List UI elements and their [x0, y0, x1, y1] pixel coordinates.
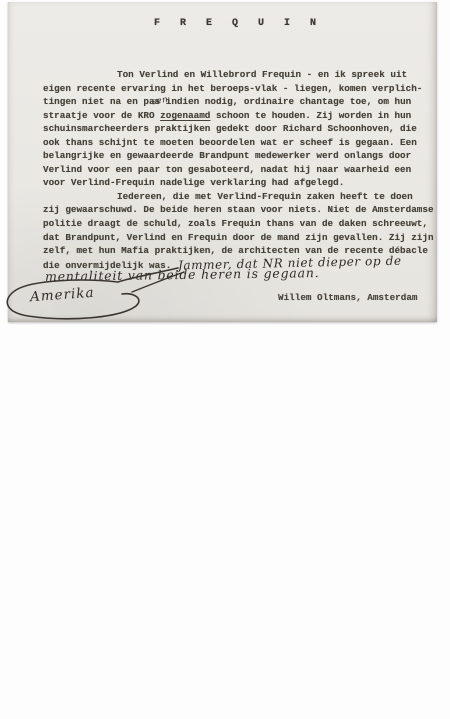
typed-text: eigen recente ervaring in het beroeps-vl… [43, 83, 422, 94]
typed-text: voor Verlind-Frequin nadelige verklaring… [43, 177, 344, 188]
letter-title: F R E Q U I N [154, 18, 323, 29]
typed-line: ook thans schijnt te moeten beoordelen w… [43, 136, 441, 150]
typed-text: belangrijke en gewaardeerde Brandpunt me… [43, 150, 411, 161]
scanned-letter-photo: F R E Q U I N Ton Verlind en Willebrord … [0, 0, 450, 719]
typed-line: Iedereen, die met Verlind-Frequin zaken … [43, 190, 441, 204]
typed-line: tingen niet na en passen indien nodig, o… [43, 95, 441, 109]
typed-line: Ton Verlind en Willebrord Frequin - en i… [43, 68, 441, 82]
typed-text: schuinsmarcheerders praktijken gedekt do… [43, 123, 417, 134]
handwritten-insertion: sen [151, 94, 169, 110]
typed-line: belangrijke en gewaardeerde Brandpunt me… [43, 149, 441, 163]
letter-paper: F R E Q U I N Ton Verlind en Willebrord … [8, 2, 437, 322]
typed-line: Verlind voor een paar ton gesaboteerd, n… [43, 163, 441, 177]
typed-text: dat Brandpunt, Verlind en Frequin door d… [43, 232, 434, 243]
typed-text: politie draagt de schuld, zoals Frequin … [43, 218, 428, 229]
margin-annotation: Amerika [2, 264, 192, 322]
typed-line: voor Verlind-Frequin nadelige verklaring… [43, 176, 441, 190]
typed-text: zij gewaarschuwd. De beide heren staan v… [43, 204, 434, 215]
typed-text: schoon te houden. Zij worden in hun [210, 110, 411, 121]
typed-line: politie draagt de schuld, zoals Frequin … [43, 217, 441, 231]
typed-line: zij gewaarschuwd. De beide heren staan v… [43, 203, 441, 217]
underlined-word: zogenaamd [160, 110, 210, 121]
typed-line: straatje voor de KRO zogenaamd schoon te… [43, 109, 441, 123]
typed-line: eigen recente ervaring in het beroeps-vl… [43, 82, 441, 96]
typed-text: Ton Verlind en Willebrord Frequin - en i… [117, 69, 407, 80]
typed-text: indien nodig, ordinaire chantage toe, om… [160, 96, 411, 107]
typed-line: dat Brandpunt, Verlind en Frequin door d… [43, 231, 441, 245]
typed-line: schuinsmarcheerders praktijken gedekt do… [43, 122, 441, 136]
typed-text: Verlind voor een paar ton gesaboteerd, n… [43, 164, 411, 175]
typed-text: ook thans schijnt te moeten beoordelen w… [43, 137, 417, 148]
typed-text: Iedereen, die met Verlind-Frequin zaken … [117, 191, 413, 202]
letter-body: Ton Verlind en Willebrord Frequin - en i… [43, 68, 441, 271]
typed-text: straatje voor de KRO [43, 110, 160, 121]
typed-text: tingen niet na en pas [43, 96, 160, 107]
signature-line: Willem Oltmans, Amsterdam [278, 292, 417, 303]
